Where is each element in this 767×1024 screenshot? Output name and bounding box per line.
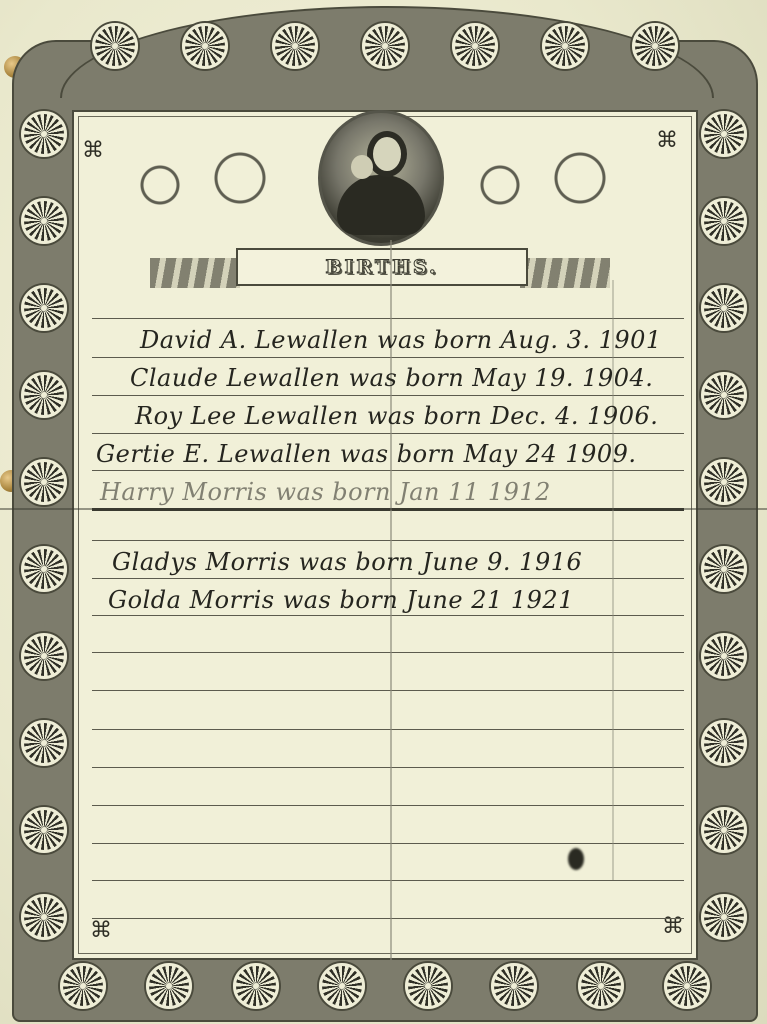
rosette-icon <box>701 459 747 505</box>
birth-entry: Claude Lewallen was born May 19. 1904. <box>130 364 653 392</box>
rosette-icon <box>21 894 67 940</box>
rosette-icon <box>92 23 138 69</box>
ruled-line <box>92 843 684 844</box>
ribbon-right <box>520 258 610 288</box>
ruled-line <box>92 357 684 358</box>
rosette-icon <box>701 807 747 853</box>
rosette-icon <box>21 807 67 853</box>
rosette-icon <box>60 963 106 1009</box>
border-band-top <box>70 18 700 74</box>
rosette-icon <box>21 198 67 244</box>
acanthus-scroll-left <box>100 150 300 220</box>
ruled-line <box>92 318 684 319</box>
madonna-head <box>373 137 401 171</box>
birth-entry: Roy Lee Lewallen was born Dec. 4. 1906. <box>135 402 658 430</box>
ink-blot <box>568 848 584 870</box>
document-page: ⌘ ⌘ ⌘ ⌘ BIRTHS. David A. Lewallen was bo… <box>0 0 767 1024</box>
birth-entry: Gladys Morris was born June 9. 1916 <box>112 548 582 576</box>
rosette-icon <box>701 285 747 331</box>
birth-entry: David A. Lewallen was born Aug. 3. 1901 <box>140 326 662 354</box>
ruled-line <box>92 578 684 579</box>
rosette-icon <box>701 198 747 244</box>
rosette-icon <box>272 23 318 69</box>
rosette-icon <box>319 963 365 1009</box>
rosette-icon <box>21 285 67 331</box>
ruled-line <box>92 918 684 919</box>
rosette-icon <box>701 894 747 940</box>
knot-icon: ⌘ <box>656 130 678 152</box>
ruled-line <box>92 652 684 653</box>
child-head <box>351 155 373 179</box>
madonna-robe <box>337 175 425 235</box>
border-band-right <box>696 90 752 960</box>
rosette-icon <box>21 372 67 418</box>
birth-entry: Harry Morris was born Jan 11 1912 <box>100 478 551 506</box>
ruled-line <box>92 433 684 434</box>
rosette-icon <box>701 111 747 157</box>
rosette-icon <box>182 23 228 69</box>
rosette-icon <box>362 23 408 69</box>
rosette-icon <box>21 459 67 505</box>
rosette-icon <box>701 720 747 766</box>
birth-entry: Golda Morris was born June 21 1921 <box>108 586 574 614</box>
ribbon-left <box>150 258 240 288</box>
rosette-icon <box>405 963 451 1009</box>
ruled-line <box>92 395 684 396</box>
rosette-icon <box>632 23 678 69</box>
page-title: BIRTHS. <box>325 256 438 278</box>
ruled-line <box>92 729 684 730</box>
rosette-icon <box>452 23 498 69</box>
rosette-icon <box>542 23 588 69</box>
rosette-icon <box>701 372 747 418</box>
knot-icon: ⌘ <box>662 916 684 938</box>
border-band-bottom <box>40 958 730 1014</box>
rosette-icon <box>701 633 747 679</box>
rosette-icon <box>21 720 67 766</box>
rosette-icon <box>664 963 710 1009</box>
fold-crease <box>0 508 767 510</box>
border-band-left <box>16 90 72 960</box>
ruled-line <box>92 540 684 541</box>
ruled-line <box>92 690 684 691</box>
rosette-icon <box>491 963 537 1009</box>
rosette-icon <box>233 963 279 1009</box>
rosette-icon <box>21 633 67 679</box>
ruled-line <box>92 470 684 471</box>
ruled-line <box>92 615 684 616</box>
rosette-icon <box>146 963 192 1009</box>
ruled-line <box>92 880 684 881</box>
ruled-line <box>92 767 684 768</box>
ruled-line <box>92 805 684 806</box>
birth-entry: Gertie E. Lewallen was born May 24 1909. <box>96 440 637 468</box>
rosette-icon <box>21 111 67 157</box>
rosette-icon <box>21 546 67 592</box>
title-banner: BIRTHS. <box>236 248 528 286</box>
knot-icon: ⌘ <box>90 920 112 942</box>
rosette-icon <box>701 546 747 592</box>
acanthus-scroll-right <box>440 150 640 220</box>
rosette-icon <box>578 963 624 1009</box>
madonna-medallion <box>318 110 444 246</box>
